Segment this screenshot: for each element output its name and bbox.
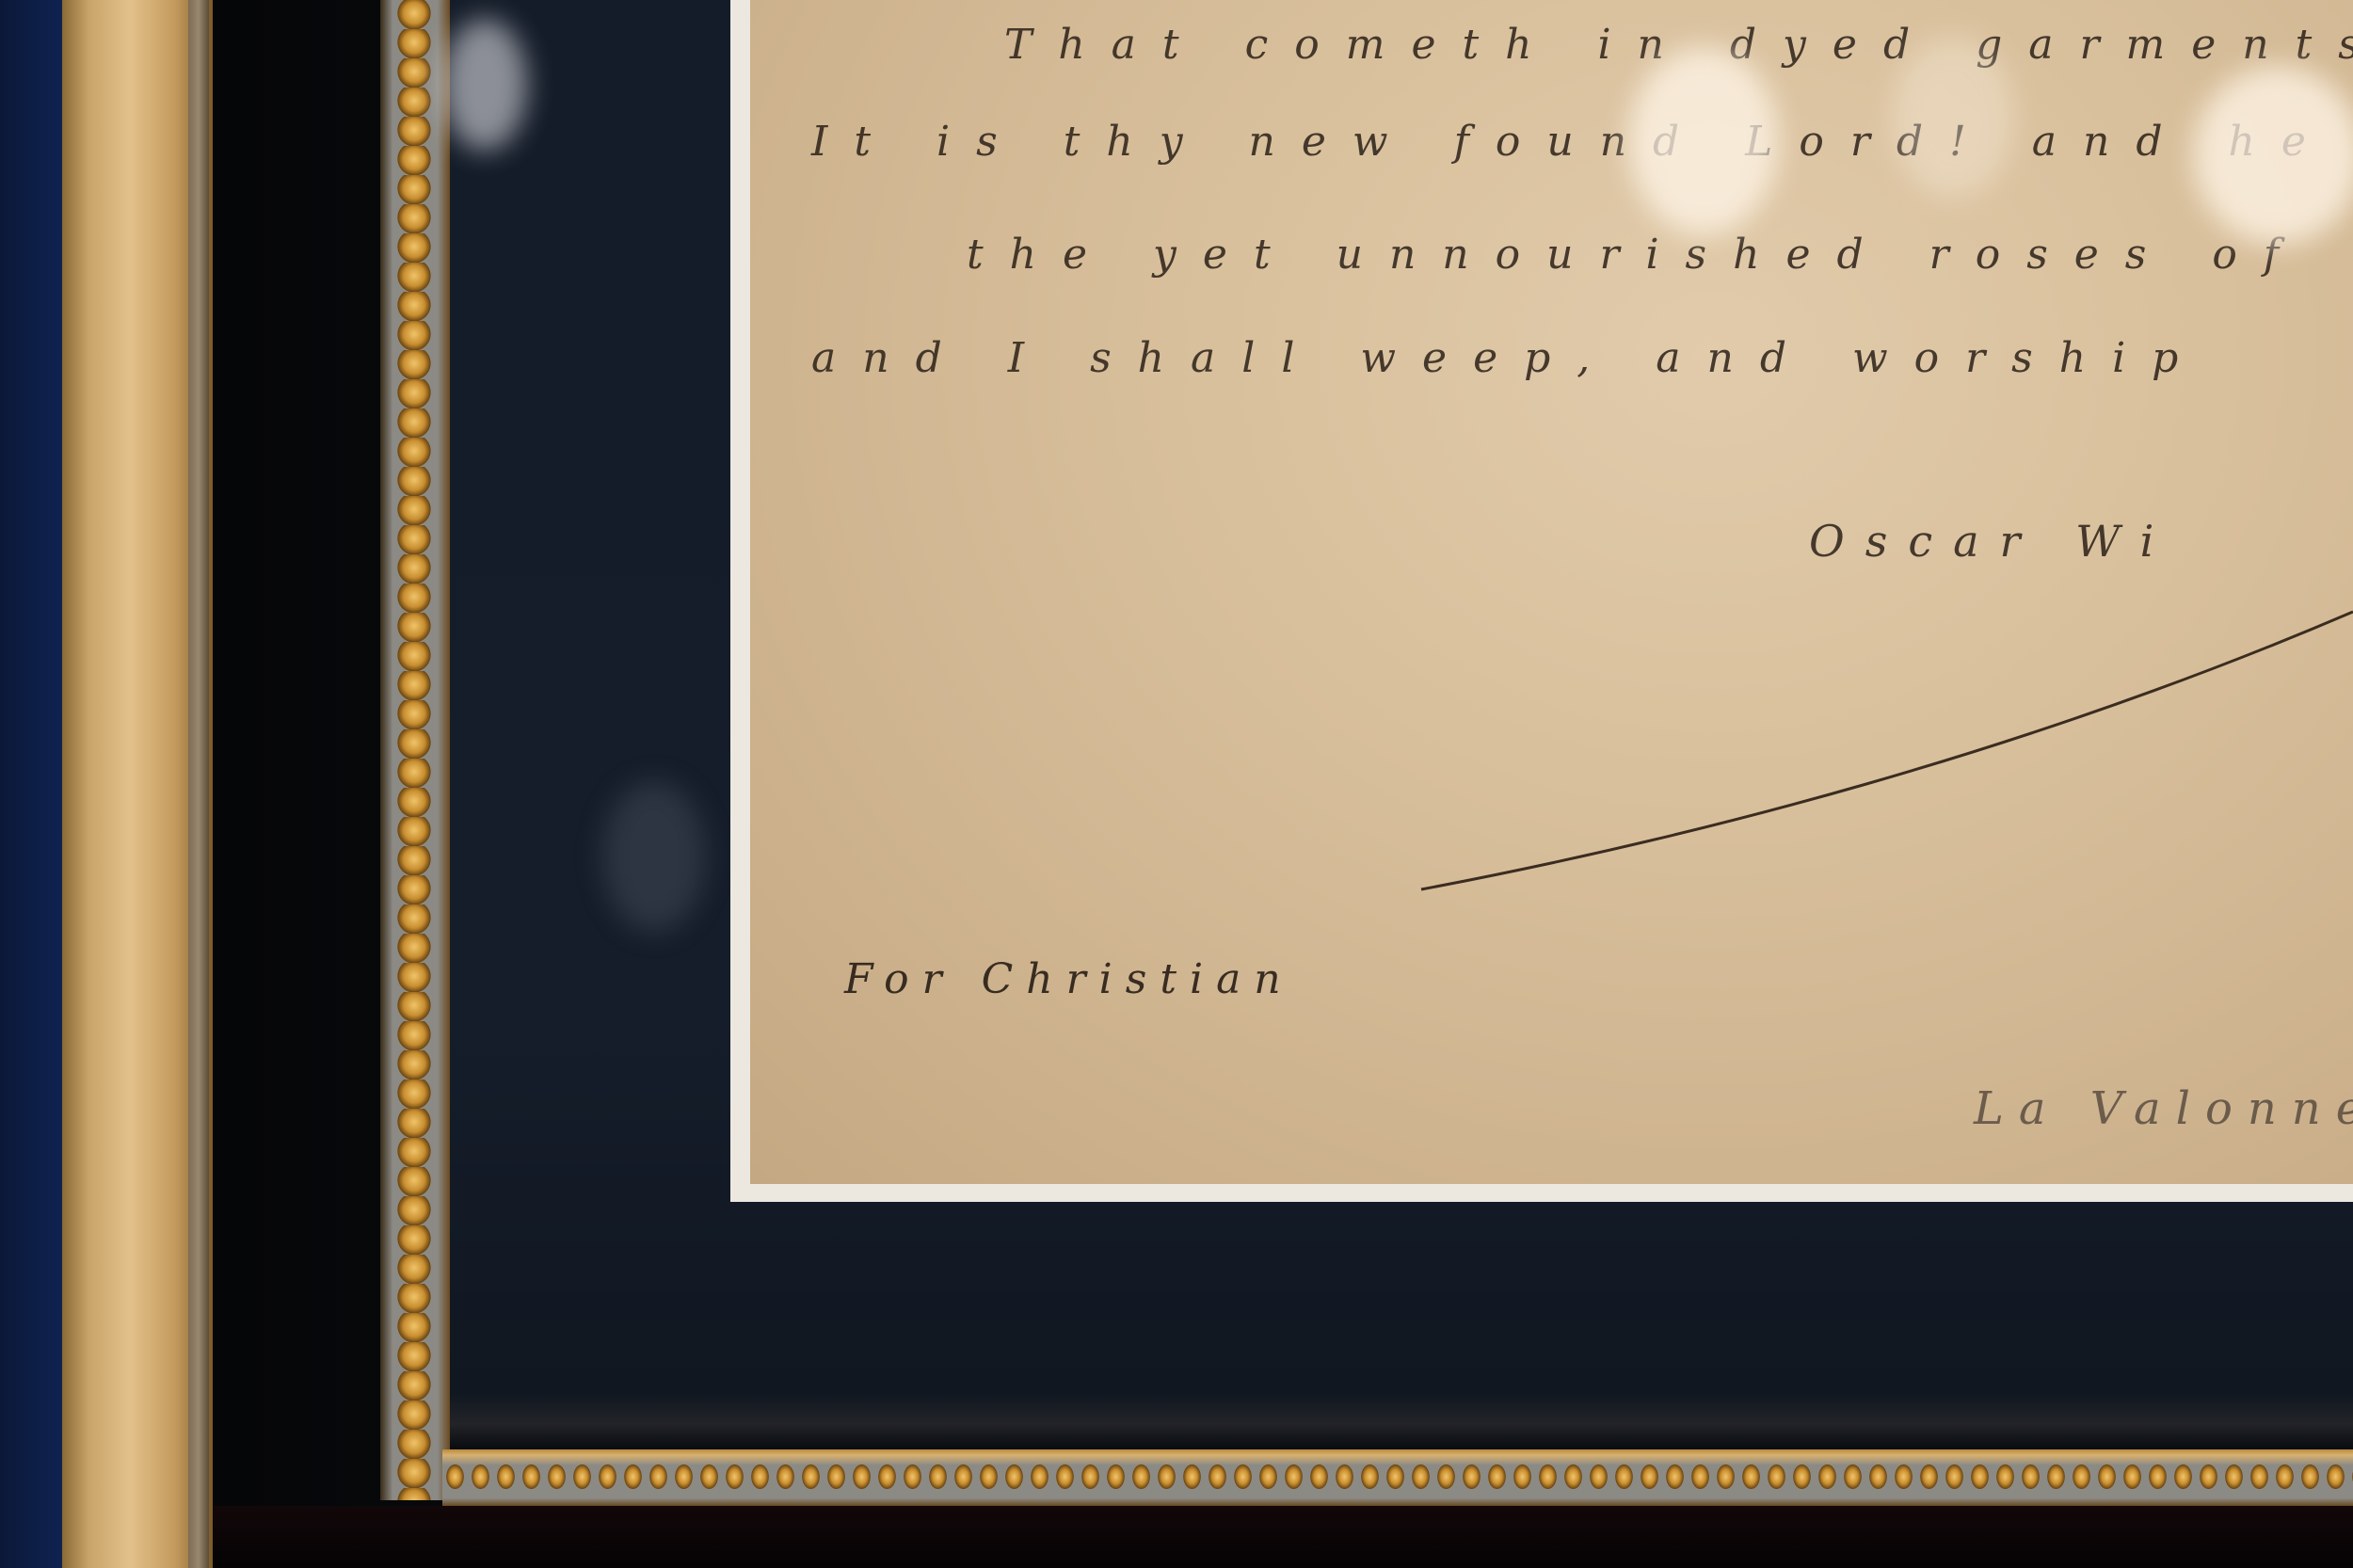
signature: Oscar Wi [1809,516,2174,567]
black-frame-bottom [213,1506,2353,1568]
glass-reflection [1892,38,2014,198]
manuscript-line-3: the yet unnourished roses of [967,231,2305,279]
place-name: La Valonne [1974,1082,2353,1135]
dedication: For Christian [844,955,1294,1003]
manuscript-line-2: It is thy new found Lord! and he [811,118,2332,166]
manuscript-paper: That cometh in dyed garments It is thy n… [750,0,2353,1184]
beaded-molding-bottom [442,1449,2353,1506]
pen-flourish-stroke [1412,602,2353,904]
beaded-molding-left [380,0,450,1500]
glass-reflection [1628,47,1779,235]
glass-reflection [442,19,527,151]
glass-reflection [602,781,706,932]
mat-shadow [450,1393,2353,1449]
glass-reflection [2193,66,2353,245]
manuscript-line-4: and I shall weep, and worship [811,334,2204,382]
outer-gold-frame-inner-line [188,0,209,1568]
